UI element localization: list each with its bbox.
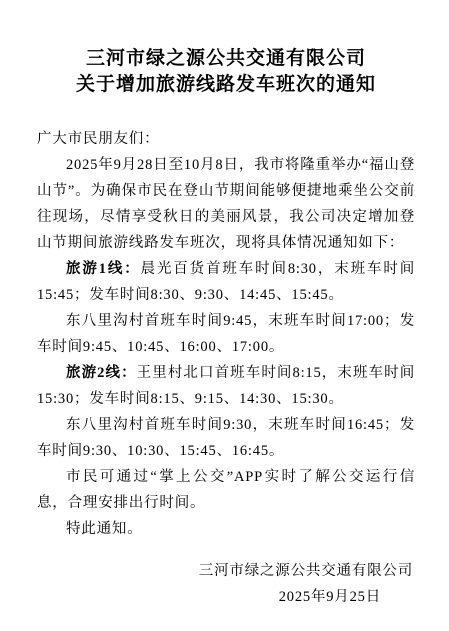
route2-extra-paragraph: 东八里沟村首班车时间9:30，末班车时间16:45；发车时间9:30、10:30… — [37, 412, 415, 464]
notice-body: 广大市民朋友们： 2025年9月28日至10月8日，我市将隆重举办“福山登山节”… — [37, 126, 415, 542]
notice-title: 三河市绿之源公共交通有限公司 关于增加旅游线路发车班次的通知 — [37, 46, 415, 98]
notice-title-line1: 三河市绿之源公共交通有限公司 — [37, 46, 415, 72]
route2-paragraph: 旅游2线：王里村北口首班车时间8:15，末班车时间15:30；发车时间8:15、… — [37, 360, 415, 412]
route2-label: 旅游2线： — [66, 365, 137, 381]
notice-title-line2: 关于增加旅游线路发车班次的通知 — [37, 72, 415, 98]
intro-paragraph: 2025年9月28日至10月8日，我市将隆重举办“福山登山节”。为确保市民在登山… — [37, 152, 415, 256]
app-info-paragraph: 市民可通过“掌上公交”APP实时了解公交运行信息，合理安排出行时间。 — [37, 464, 415, 516]
route1-label: 旅游1线： — [66, 261, 141, 277]
route1-paragraph: 旅游1线：晨光百货首班车时间8:30，末班车时间15:45；发车时间8:30、9… — [37, 256, 415, 308]
route1-extra-paragraph: 东八里沟村首班车时间9:45，末班车时间17:00；发车时间9:45、10:45… — [37, 308, 415, 360]
signature-date: 2025年9月25日 — [37, 584, 415, 610]
salutation: 广大市民朋友们： — [37, 126, 415, 152]
closing-paragraph: 特此通知。 — [37, 516, 415, 542]
notice-document: 三河市绿之源公共交通有限公司 关于增加旅游线路发车班次的通知 广大市民朋友们： … — [0, 0, 449, 631]
signature-company: 三河市绿之源公共交通有限公司 — [37, 558, 415, 584]
signature-block: 三河市绿之源公共交通有限公司 2025年9月25日 — [37, 558, 415, 610]
